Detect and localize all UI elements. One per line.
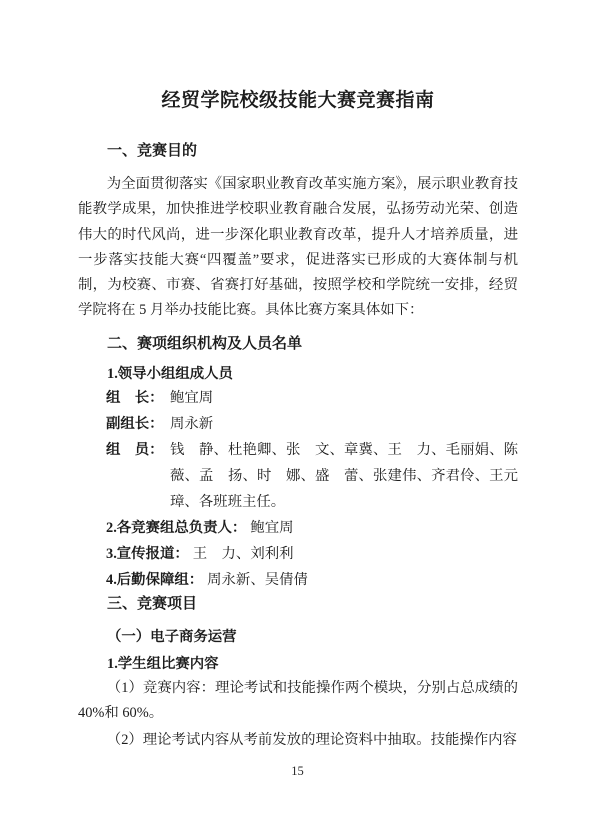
item-label: 4.后勤保障组： — [106, 572, 203, 588]
roster-label: 组 长： — [106, 385, 170, 411]
roster-label: 组 员： — [106, 437, 170, 463]
numbered-item-logistics: 4.后勤保障组：周永新、吴倩倩 — [78, 567, 518, 593]
item-label: 3.宣传报道： — [106, 546, 189, 562]
section-3-heading: 三、竞赛项目 — [78, 593, 518, 614]
roster-value: 鲍宜周 — [170, 385, 518, 411]
numbered-item-publicity: 3.宣传报道：王 力、刘利利 — [78, 541, 518, 567]
document-page: 经贸学院校级技能大赛竞赛指南 一、竞赛目的 为全面贯彻落实《国家职业教育改革实施… — [0, 0, 595, 837]
numbered-item-overall-lead: 2.各竞赛组总负责人：鲍宜周 — [78, 515, 518, 541]
roster-row-members: 组 员： 钱 静、杜艳卿、张 文、章冀、王 力、毛丽娟、陈 薇、孟 扬、时 娜、… — [78, 437, 518, 515]
content-paragraph-1: （1）竞赛内容：理论考试和技能操作两个模块，分别占总成绩的 40%和 60%。 — [78, 676, 518, 727]
page-number: 15 — [0, 764, 595, 779]
roster-row-leader: 组 长： 鲍宜周 — [78, 385, 518, 411]
roster-value: 钱 静、杜艳卿、张 文、章冀、王 力、毛丽娟、陈 薇、孟 扬、时 娜、盛 蕾、张… — [170, 437, 518, 515]
content-paragraph-2: （2）理论考试内容从考前发放的理论资料中抽取。技能操作内容 — [78, 728, 518, 754]
student-group-subheading: 1.学生组比赛内容 — [78, 653, 518, 675]
item-value: 鲍宜周 — [250, 520, 293, 536]
section-2-heading: 二、赛项组织机构及人员名单 — [78, 333, 518, 355]
document-title: 经贸学院校级技能大赛竞赛指南 — [78, 88, 518, 114]
section-1-paragraph: 为全面贯彻落实《国家职业教育改革实施方案》，展示职业教育技能教学成果，加快推进学… — [78, 172, 518, 324]
leadership-group-subheading: 1.领导小组组成人员 — [78, 363, 518, 385]
item-label: 2.各竞赛组总负责人： — [106, 520, 246, 536]
leadership-roster: 组 长： 鲍宜周 副组长： 周永新 组 员： 钱 静、杜艳卿、张 文、章冀、王 … — [78, 385, 518, 515]
item-value: 王 力、刘利利 — [193, 546, 294, 562]
roster-row-deputy-leader: 副组长： 周永新 — [78, 411, 518, 437]
item-value: 周永新、吴倩倩 — [207, 572, 308, 588]
roster-label: 副组长： — [106, 411, 170, 437]
ecommerce-subheading: （一）电子商务运营 — [78, 626, 518, 648]
roster-value: 周永新 — [170, 411, 518, 437]
section-1-heading: 一、竞赛目的 — [78, 140, 518, 162]
